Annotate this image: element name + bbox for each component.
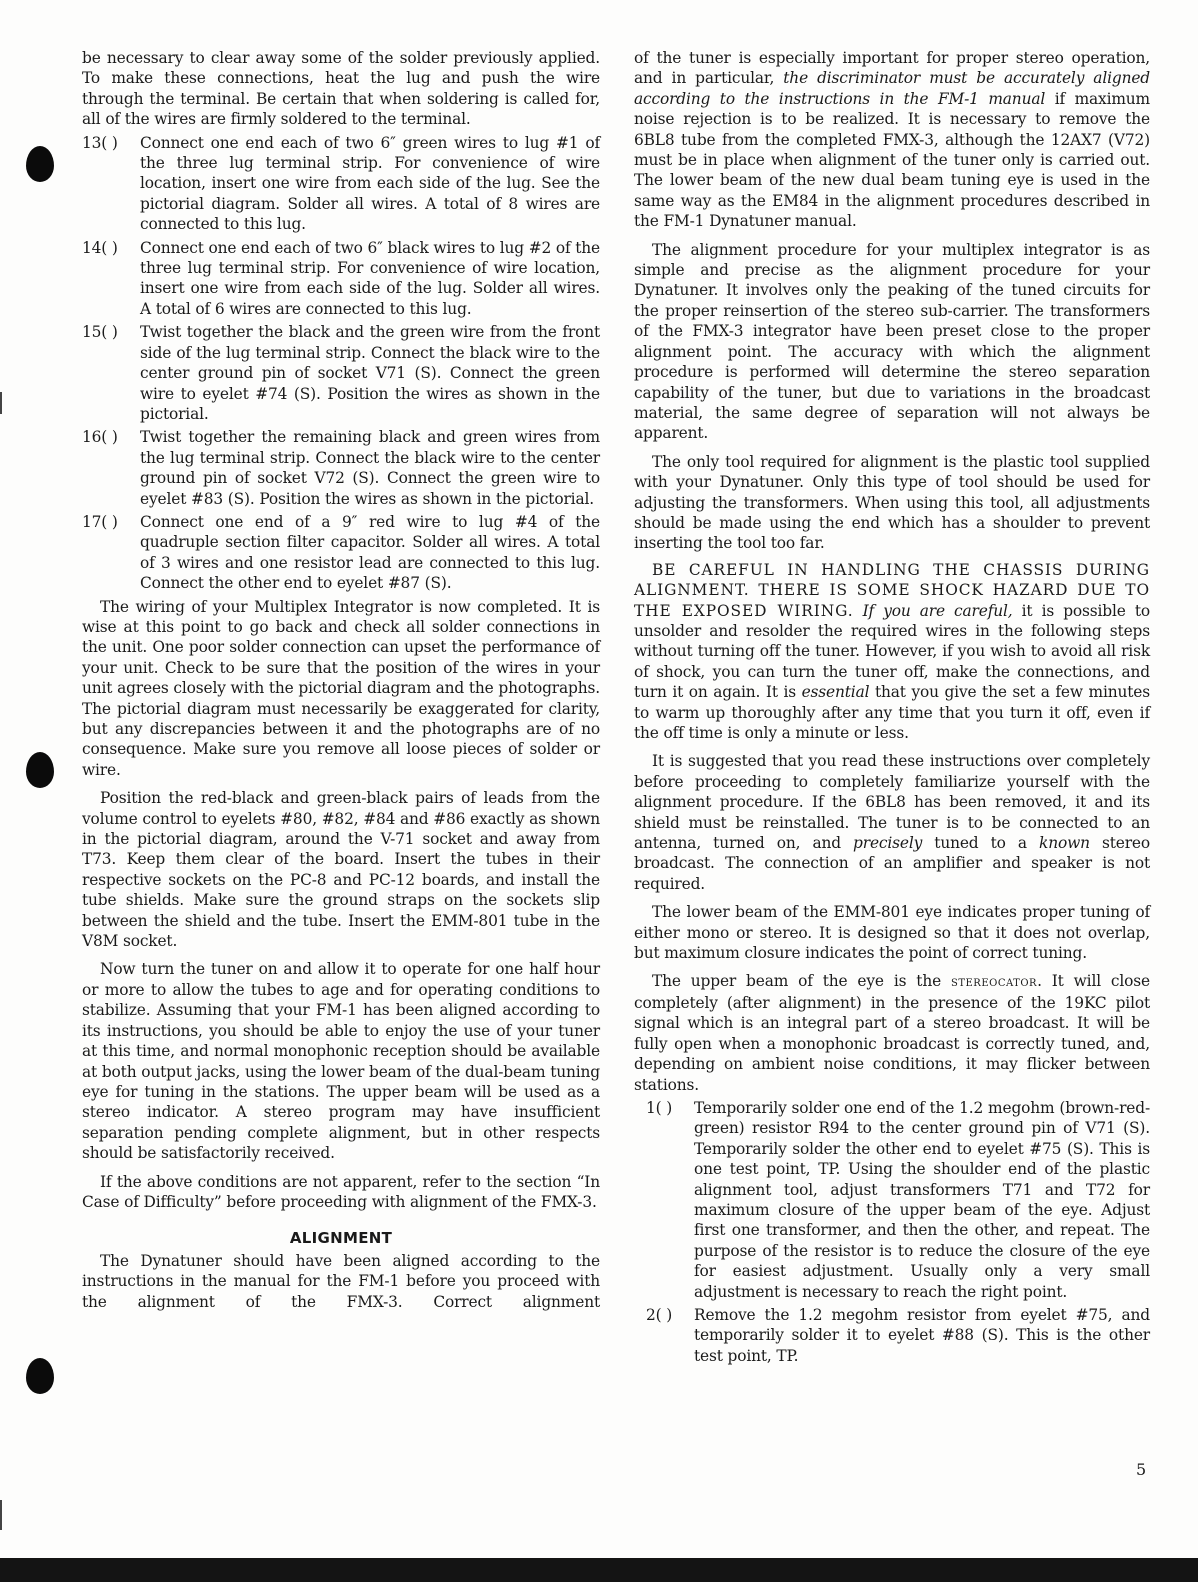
- step-number[interactable]: 2( ): [646, 1305, 694, 1366]
- upper-beam-paragraph: The upper beam of the eye is the stereoc…: [634, 971, 1150, 1094]
- step-number[interactable]: 15( ): [82, 322, 140, 424]
- page-number: 5: [1136, 1460, 1146, 1479]
- stereocator-term: stereocator: [951, 974, 1037, 990]
- alignment-step-2: 2( ) Remove the 1.2 megohm resistor from…: [646, 1305, 1150, 1366]
- left-column: be necessary to clear away some of the s…: [82, 48, 600, 1315]
- wiring-complete-paragraph: The wiring of your Multiplex Integrator …: [82, 597, 600, 781]
- step-text: Connect one end of a 9″ red wire to lug …: [140, 512, 600, 594]
- step-text: Twist together the black and the green w…: [140, 322, 600, 424]
- right-column: of the tuner is especially important for…: [634, 48, 1150, 1369]
- binder-hole-bottom: [26, 1358, 54, 1394]
- alignment-procedure-paragraph: The alignment procedure for your multipl…: [634, 240, 1150, 444]
- text-run: . It will close completely (after alignm…: [634, 972, 1150, 1093]
- read-instructions-paragraph: It is suggested that you read these inst…: [634, 751, 1150, 894]
- step-number[interactable]: 16( ): [82, 427, 140, 509]
- text-run: The upper beam of the eye is the: [652, 972, 951, 990]
- position-leads-paragraph: Position the red-black and green-black p…: [82, 788, 600, 951]
- binder-hole-top: [26, 146, 54, 182]
- tuner-alignment-paragraph: of the tuner is especially important for…: [634, 48, 1150, 232]
- checklist-step-13: 13( ) Connect one end each of two 6″ gre…: [82, 133, 600, 235]
- turn-on-tuner-paragraph: Now turn the tuner on and allow it to op…: [82, 959, 600, 1163]
- step-number[interactable]: 14( ): [82, 238, 140, 320]
- tool-paragraph: The only tool required for alignment is …: [634, 452, 1150, 554]
- text-run: if maximum noise rejection is to be real…: [634, 90, 1150, 230]
- step-number[interactable]: 17( ): [82, 512, 140, 594]
- intro-paragraph: be necessary to clear away some of the s…: [82, 48, 600, 130]
- scan-bottom-edge: [0, 1558, 1198, 1582]
- step-text: Temporarily solder one end of the 1.2 me…: [694, 1098, 1150, 1302]
- emphasis-text: If you are careful,: [854, 602, 1013, 620]
- checklist-step-16: 16( ) Twist together the remaining black…: [82, 427, 600, 509]
- edge-mark: [0, 392, 2, 414]
- binder-hole-middle: [26, 752, 54, 788]
- step-text: Connect one end each of two 6″ black wir…: [140, 238, 600, 320]
- emphasis-text: precisely: [853, 834, 922, 852]
- step-number[interactable]: 13( ): [82, 133, 140, 235]
- step-number[interactable]: 1( ): [646, 1098, 694, 1302]
- section-heading-alignment: ALIGNMENT: [82, 1228, 600, 1248]
- edge-mark: [0, 1500, 2, 1530]
- emphasis-text: known: [1039, 834, 1090, 852]
- lower-beam-paragraph: The lower beam of the EMM-801 eye indica…: [634, 902, 1150, 963]
- shock-warning-paragraph: BE CAREFUL IN HANDLING THE CHASSIS DURIN…: [634, 560, 1150, 744]
- step-text: Remove the 1.2 megohm resistor from eyel…: [694, 1305, 1150, 1366]
- checklist-step-17: 17( ) Connect one end of a 9″ red wire t…: [82, 512, 600, 594]
- alignment-step-1: 1( ) Temporarily solder one end of the 1…: [646, 1098, 1150, 1302]
- checklist-step-15: 15( ) Twist together the black and the g…: [82, 322, 600, 424]
- step-text: Twist together the remaining black and g…: [140, 427, 600, 509]
- step-text: Connect one end each of two 6″ green wir…: [140, 133, 600, 235]
- emphasis-text: essential: [802, 683, 870, 701]
- alignment-intro-paragraph: The Dynatuner should have been aligned a…: [82, 1251, 600, 1312]
- checklist-step-14: 14( ) Connect one end each of two 6″ bla…: [82, 238, 600, 320]
- text-run: tuned to a: [922, 834, 1039, 852]
- difficulty-paragraph: If the above conditions are not apparent…: [82, 1172, 600, 1213]
